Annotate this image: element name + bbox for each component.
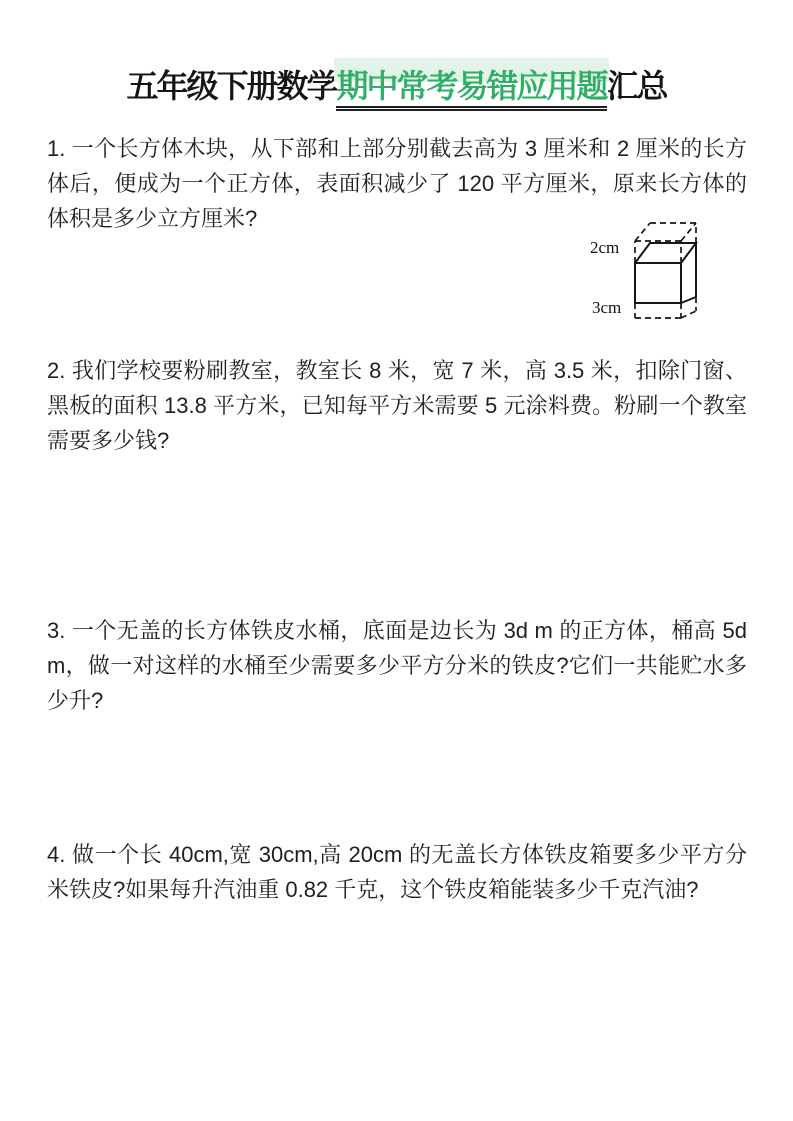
title-highlight: 期中常考易错应用题 [336, 68, 606, 111]
problem-4-line: 米铁皮?如果每升汽油重 0.82 千克，这个铁皮箱能装多少千克汽油? [47, 872, 747, 907]
cuboid-figure: 2cm 3cm [583, 220, 723, 332]
cube-solid-lines [635, 243, 696, 303]
problem-3-line: 少升? [47, 683, 747, 718]
problem-1-line: 体后，便成为一个正方体，表面积减少了 120 平方厘米，原来长方体的 [47, 166, 747, 201]
diagram-label-top: 2cm [590, 238, 619, 257]
diagram-label-bottom: 3cm [592, 298, 621, 317]
problem-2-line: 黑板的面积 13.8 平方米，已知每平方米需要 5 元涂料费。粉刷一个教室 [47, 388, 747, 423]
problem-4: 4. 做一个长 40cm,宽 30cm,高 20cm 的无盖长方体铁皮箱要多少平… [47, 837, 747, 907]
problem-1-line: 1. 一个长方体木块，从下部和上部分别截去高为 3 厘米和 2 厘米的长方 [47, 131, 747, 166]
problem-2-line: 2. 我们学校要粉刷教室，教室长 8 米，宽 7 米，高 3.5 米，扣除门窗、 [47, 353, 747, 388]
cuboid-diagram: 2cm 3cm [583, 220, 723, 332]
problem-3: 3. 一个无盖的长方体铁皮水桶，底面是边长为 3d m 的正方体，桶高 5d m… [47, 613, 747, 718]
problem-4-line: 4. 做一个长 40cm,宽 30cm,高 20cm 的无盖长方体铁皮箱要多少平… [47, 837, 747, 872]
title-suffix: 汇总 [607, 68, 667, 104]
problem-2: 2. 我们学校要粉刷教室，教室长 8 米，宽 7 米，高 3.5 米，扣除门窗、… [47, 353, 747, 458]
title-prefix: 五年级下册数学 [126, 68, 336, 104]
page-title: 五年级下册数学期中常考易错应用题汇总 [0, 66, 793, 106]
problem-2-line: 需要多少钱? [47, 423, 747, 458]
problem-3-line: m，做一对这样的水桶至少需要多少平方分米的铁皮?它们一共能贮水多 [47, 648, 747, 683]
problem-3-line: 3. 一个无盖的长方体铁皮水桶，底面是边长为 3d m 的正方体，桶高 5d [47, 613, 747, 648]
worksheet-page: 五年级下册数学期中常考易错应用题汇总 1. 一个长方体木块，从下部和上部分别截去… [0, 0, 793, 1121]
